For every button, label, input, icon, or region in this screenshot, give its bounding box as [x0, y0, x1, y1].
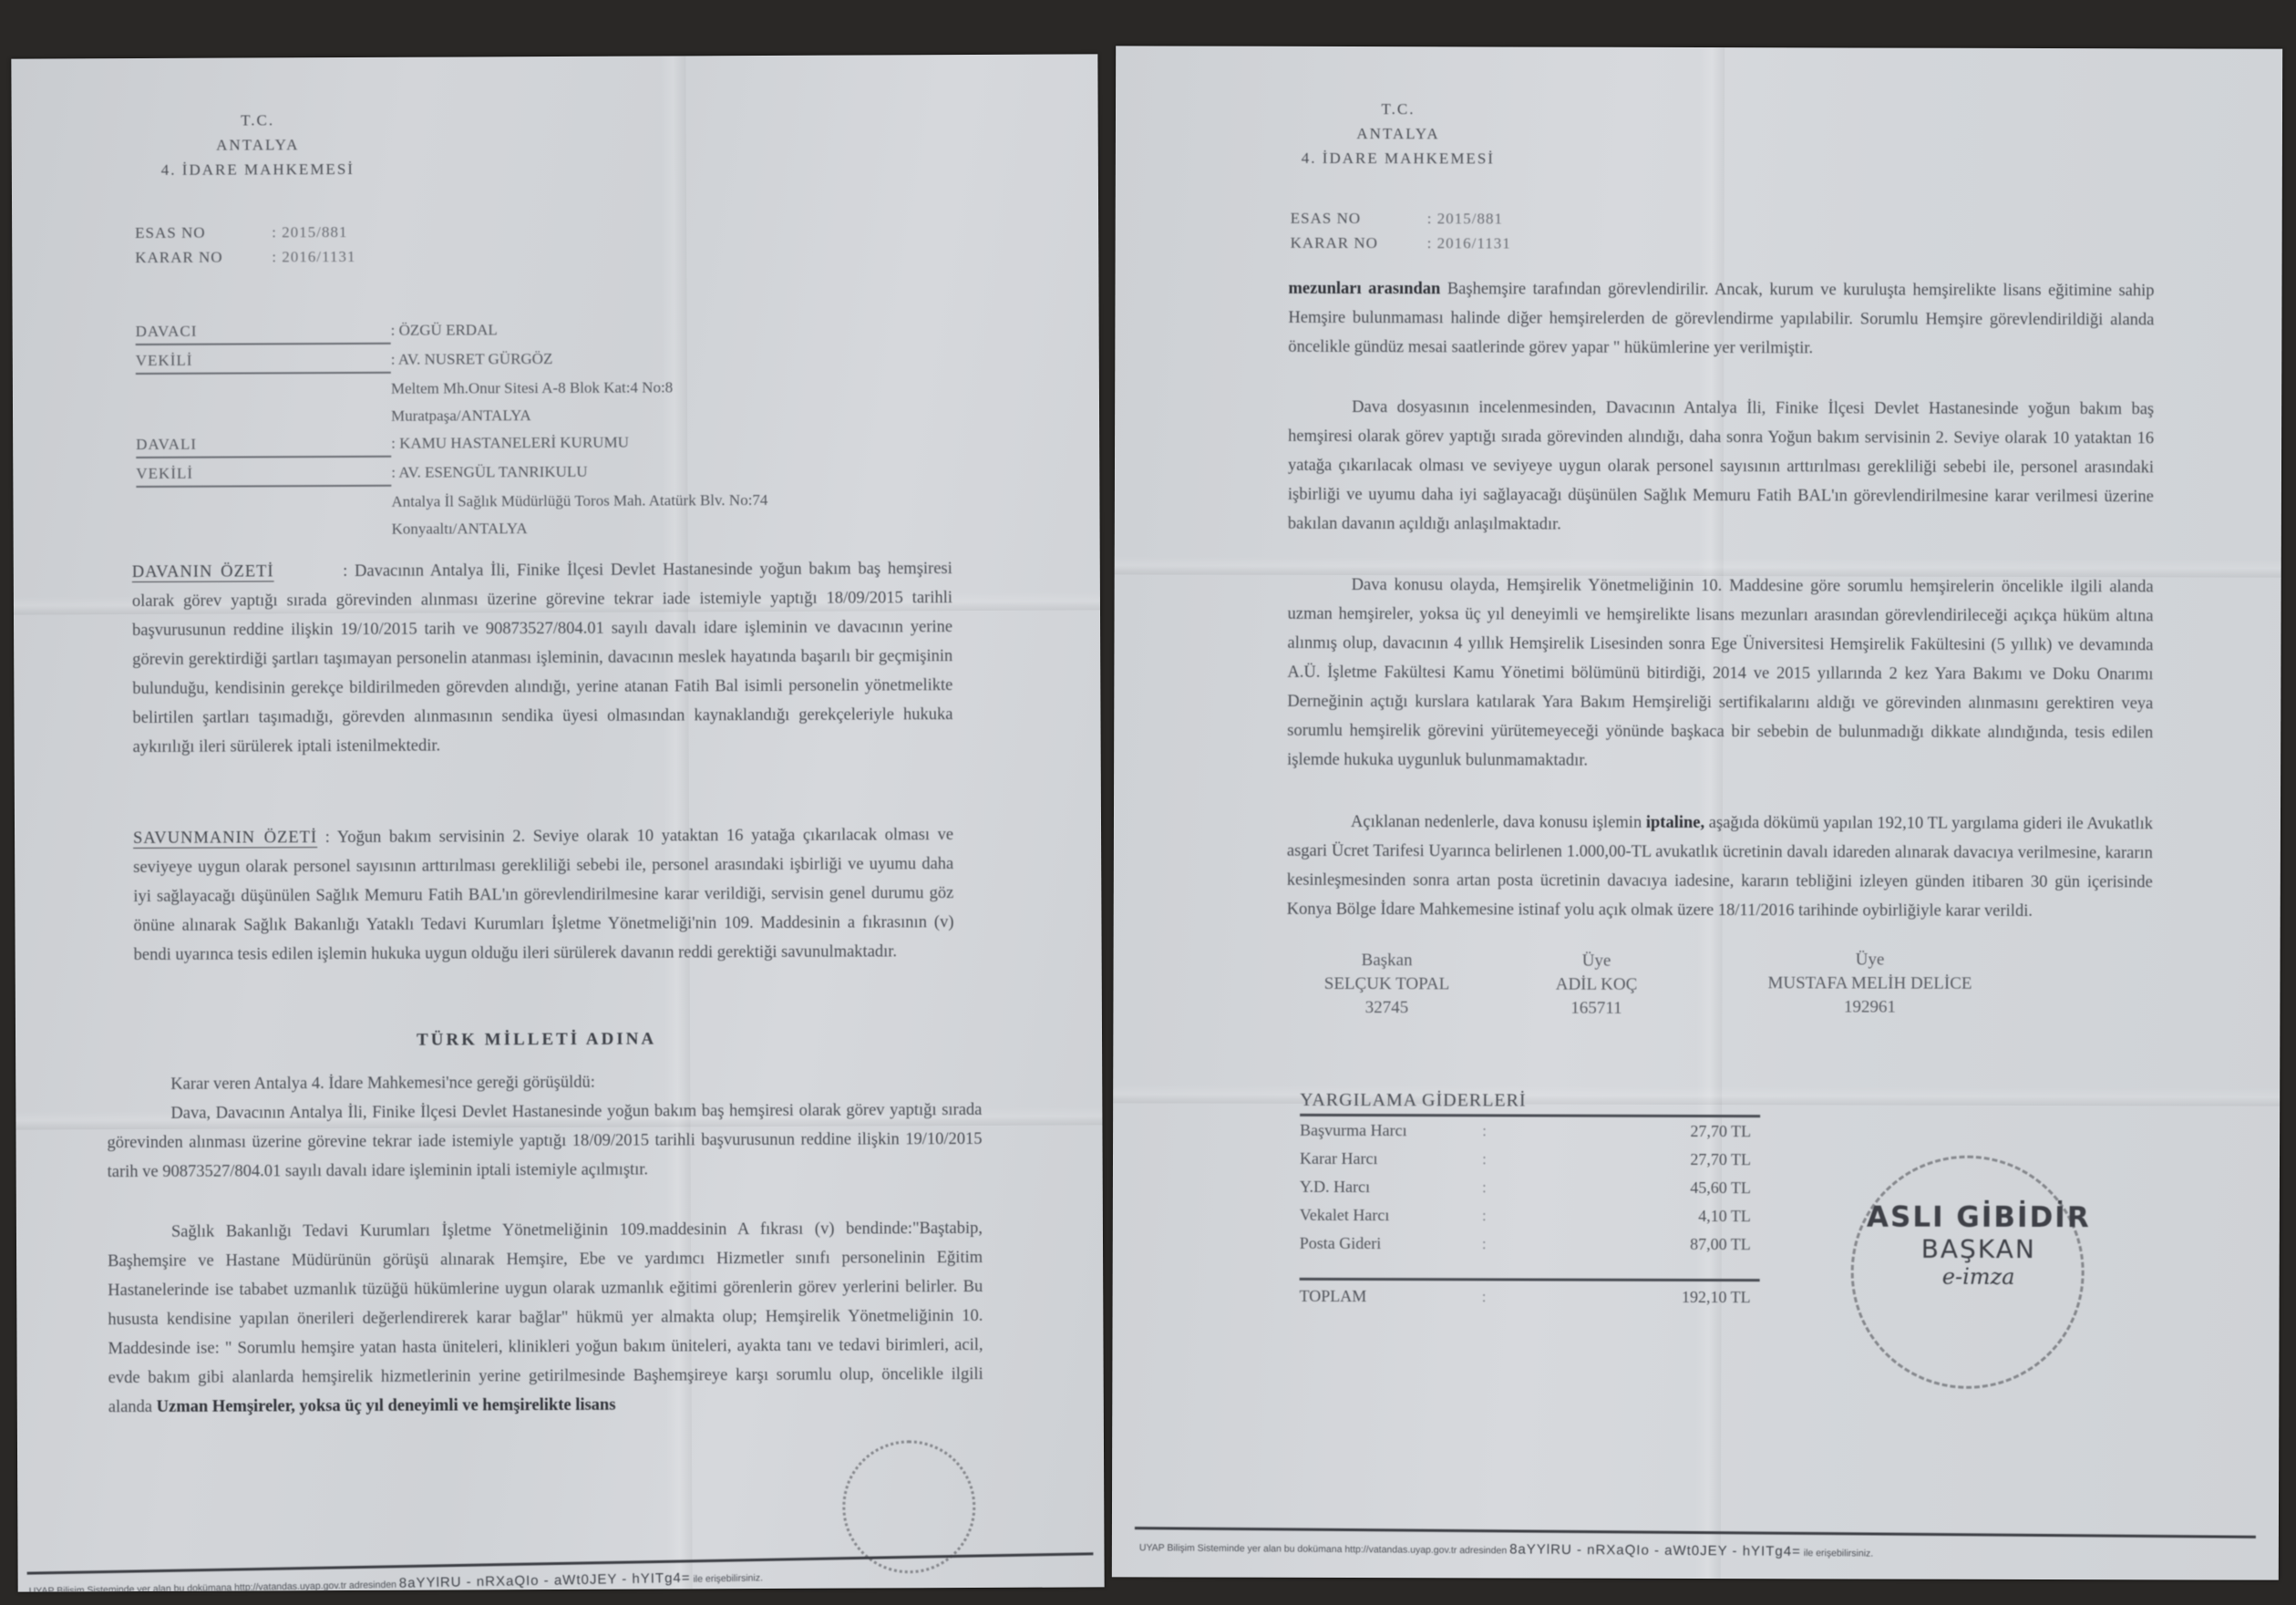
party-label: DAVALI — [136, 430, 391, 458]
party-row: DAVACI: ÖZGÜ ERDAL — [136, 315, 767, 347]
para4-prefix: Açıklanan nedenlerle, dava konusu işlemi… — [1351, 813, 1642, 832]
court-header: T.C. ANTALYA 4. İDARE MAHKEMESİ — [139, 108, 376, 182]
cost-row: Vekalet Harcı:4,10 TL — [1300, 1201, 1760, 1230]
footer-verification-code: 8aYYlRU - nRXaQIo - aWt0JEY - hYITg4= — [399, 1570, 691, 1591]
party-row: Antalya İl Sağlık Müdürlüğü Toros Mah. A… — [136, 487, 767, 517]
cost-name: Başvurma Harcı — [1300, 1116, 1482, 1146]
cost-name: Y.D. Harcı — [1300, 1173, 1482, 1202]
saglik-paragraph: Sağlık Bakanlığı Tedavi Kurumları İşletm… — [108, 1214, 983, 1422]
signatory-role: Başkan — [1269, 949, 1506, 973]
case-numbers: ESAS NO: 2015/881 KARAR NO: 2016/1131 — [1291, 206, 1511, 256]
cost-value: 4,10 TL — [1519, 1201, 1760, 1230]
para1-bold: mezunları arasından — [1288, 280, 1440, 298]
party-label: VEKİLİ — [136, 346, 391, 375]
footer-text: UYAP Bilişim Sisteminde yer alan bu dokü… — [29, 1579, 396, 1592]
signatory-number: 165711 — [1505, 996, 1687, 1021]
esas-no-label: ESAS NO — [135, 220, 272, 245]
footer-suffix: ile erişebilirsiniz. — [1804, 1548, 1874, 1559]
total-value: 192,10 TL — [1519, 1282, 1760, 1312]
cost-rows: Başvurma Harcı:27,70 TLKarar Harcı:27,70… — [1300, 1116, 1760, 1259]
cost-value: 27,70 TL — [1519, 1116, 1760, 1146]
party-value: Konyaaltı/ANTALYA — [392, 515, 528, 543]
header-court: 4. İDARE MAHKEMESİ — [1261, 146, 1535, 171]
party-value: : AV. ESENGÜL TANRIKULU — [391, 458, 587, 489]
signatory: ÜyeMUSTAFA MELİH DELİCE192961 — [1714, 948, 2024, 1020]
stamp-line-3: e-imza — [1842, 1263, 2116, 1290]
cost-row: Karar Harcı:27,70 TL — [1300, 1145, 1760, 1174]
turk-milleti-adina-title: TÜRK MİLLETİ ADINA — [417, 1030, 656, 1051]
party-label — [137, 516, 392, 542]
header-tc: T.C. — [1261, 97, 1535, 122]
party-label: VEKİLİ — [136, 459, 391, 488]
saglik-paragraph-text: Sağlık Bakanlığı Tedavi Kurumları İşletm… — [108, 1219, 983, 1387]
uyap-footer: UYAP Bilişim Sisteminde yer alan bu dokü… — [1139, 1538, 1873, 1559]
party-row: VEKİLİ: AV. NUSRET GÜRGÖZ — [136, 345, 767, 376]
court-decision-page-1: T.C. ANTALYA 4. İDARE MAHKEMESİ ESAS NO:… — [11, 54, 1104, 1591]
cost-name: Karar Harcı — [1300, 1145, 1482, 1174]
case-numbers: ESAS NO: 2015/881 KARAR NO: 2016/1131 — [135, 220, 355, 270]
footer-suffix: ile erişebilirsiniz. — [693, 1572, 763, 1584]
cost-total-row: TOPLAM : 192,10 TL — [1300, 1278, 1760, 1312]
continuation-paragraph: mezunları arasından Başhemşire tarafında… — [1288, 274, 2154, 364]
karar-no-value: : 2016/1131 — [1427, 234, 1511, 252]
signatory-role: Üye — [1506, 949, 1688, 973]
davanin-ozeti-heading: DAVANIN ÖZETİ — [132, 562, 274, 581]
esas-no-value: : 2015/881 — [1427, 210, 1503, 227]
total-colon: : — [1482, 1282, 1519, 1311]
davanin-ozeti-text: : Davacının Antalya İli, Finike İlçesi D… — [132, 560, 953, 756]
davanin-ozeti-section: DAVANIN ÖZETİ : Davacının Antalya İli, F… — [132, 554, 953, 762]
asli-gibidir-stamp: ASLI GİBİDİR BAŞKAN e-imza — [1842, 1200, 2116, 1290]
party-row: VEKİLİ: AV. ESENGÜL TANRIKULU — [136, 458, 767, 489]
cost-name: Posta Gideri — [1300, 1229, 1482, 1259]
savunmanin-ozeti-section: SAVUNMANIN ÖZETİ : Yoğun bakım servisini… — [133, 820, 954, 970]
karar-no-label: KARAR NO — [135, 244, 272, 270]
dava-dosyasi-paragraph: Dava dosyasının incelenmesinden, Davacın… — [1288, 393, 2154, 540]
costs-title: YARGILAMA GİDERLERİ — [1300, 1090, 1760, 1117]
header-court: 4. İDARE MAHKEMESİ — [139, 157, 376, 182]
party-label: DAVACI — [136, 317, 391, 345]
party-value: : ÖZGÜ ERDAL — [391, 316, 498, 346]
party-label — [136, 403, 391, 429]
party-value: Muratpaşa/ANTALYA — [391, 402, 531, 430]
signatory-number: 192961 — [1714, 995, 2024, 1020]
signatory: BaşkanSELÇUK TOPAL32745 — [1268, 949, 1505, 1021]
party-row: Muratpaşa/ANTALYA — [136, 401, 767, 431]
party-label — [136, 376, 391, 402]
party-label — [136, 489, 391, 515]
cost-colon: : — [1482, 1173, 1519, 1201]
savunmanin-ozeti-heading: SAVUNMANIN ÖZETİ — [133, 828, 317, 848]
esas-no-label: ESAS NO — [1291, 206, 1427, 231]
court-header: T.C. ANTALYA 4. İDARE MAHKEMESİ — [1261, 97, 1535, 171]
header-city: ANTALYA — [1261, 121, 1535, 147]
karar-no-value: : 2016/1131 — [272, 248, 355, 265]
party-row: DAVALI: KAMU HASTANELERİ KURUMU — [136, 428, 767, 460]
cost-colon: : — [1482, 1229, 1519, 1258]
cost-row: Posta Gideri:87,00 TL — [1300, 1229, 1760, 1259]
party-value: : AV. NUSRET GÜRGÖZ — [391, 345, 553, 376]
footer-verification-code: 8aYYlRU - nRXaQIo - aWt0JEY - hYITg4= — [1509, 1541, 1801, 1559]
parties-table: DAVACI: ÖZGÜ ERDALVEKİLİ: AV. NUSRET GÜR… — [136, 315, 768, 544]
cost-colon: : — [1482, 1116, 1519, 1145]
karar-paragraph: Açıklanan nedenlerle, dava konusu işlemi… — [1287, 808, 2153, 926]
dava-konusu-paragraph: Dava konusu olayda, Hemşirelik Yönetmeli… — [1287, 571, 2154, 777]
signatory-name: MUSTAFA MELİH DELİCE — [1714, 972, 2024, 996]
party-value: Meltem Mh.Onur Sitesi A-8 Blok Kat:4 No:… — [391, 374, 673, 402]
stamp-line-1: ASLI GİBİDİR — [1842, 1200, 2116, 1234]
footer-text: UYAP Bilişim Sisteminde yer alan bu dokü… — [1139, 1542, 1507, 1556]
court-seal-stamp — [842, 1440, 976, 1574]
cost-value: 27,70 TL — [1519, 1145, 1760, 1174]
esas-no-value: : 2015/881 — [272, 223, 347, 241]
signatory-name: SELÇUK TOPAL — [1268, 972, 1505, 997]
stamp-line-2: BAŞKAN — [1842, 1233, 2116, 1264]
party-row: Meltem Mh.Onur Sitesi A-8 Blok Kat:4 No:… — [136, 374, 767, 404]
cost-name: Vekalet Harcı — [1300, 1201, 1482, 1230]
cost-value: 87,00 TL — [1519, 1229, 1760, 1259]
header-tc: T.C. — [139, 108, 376, 133]
party-row: Konyaaltı/ANTALYA — [137, 514, 768, 544]
signatory-number: 32745 — [1268, 996, 1505, 1021]
dava-paragraph: Dava, Davacının Antalya İli, Finike İlçe… — [107, 1096, 982, 1187]
signatory-name: ADİL KOÇ — [1505, 972, 1687, 997]
signatory: ÜyeADİL KOÇ165711 — [1505, 949, 1687, 1021]
cost-row: Y.D. Harcı:45,60 TL — [1300, 1173, 1760, 1202]
para4-bold: iptaline, — [1646, 814, 1704, 832]
cost-row: Başvurma Harcı:27,70 TL — [1300, 1116, 1760, 1146]
karar-intro: Karar veren Antalya 4. İdare Mahkemesi'n… — [107, 1066, 982, 1099]
party-value: Antalya İl Sağlık Müdürlüğü Toros Mah. A… — [391, 487, 767, 516]
cost-colon: : — [1482, 1145, 1519, 1173]
yargilama-giderleri-table: YARGILAMA GİDERLERİ Başvurma Harcı:27,70… — [1300, 1090, 1761, 1312]
header-city: ANTALYA — [139, 132, 376, 158]
saglik-paragraph-bold-tail: Uzman Hemşireler, yoksa üç yıl deneyimli… — [157, 1396, 616, 1416]
cost-value: 45,60 TL — [1519, 1173, 1760, 1202]
cost-colon: : — [1482, 1201, 1519, 1229]
karar-no-label: KARAR NO — [1291, 231, 1427, 255]
total-label: TOPLAM — [1300, 1282, 1482, 1312]
court-decision-page-2: T.C. ANTALYA 4. İDARE MAHKEMESİ ESAS NO:… — [1112, 46, 2282, 1579]
party-value: : KAMU HASTANELERİ KURUMU — [391, 429, 629, 459]
signatory-role: Üye — [1715, 948, 2025, 972]
